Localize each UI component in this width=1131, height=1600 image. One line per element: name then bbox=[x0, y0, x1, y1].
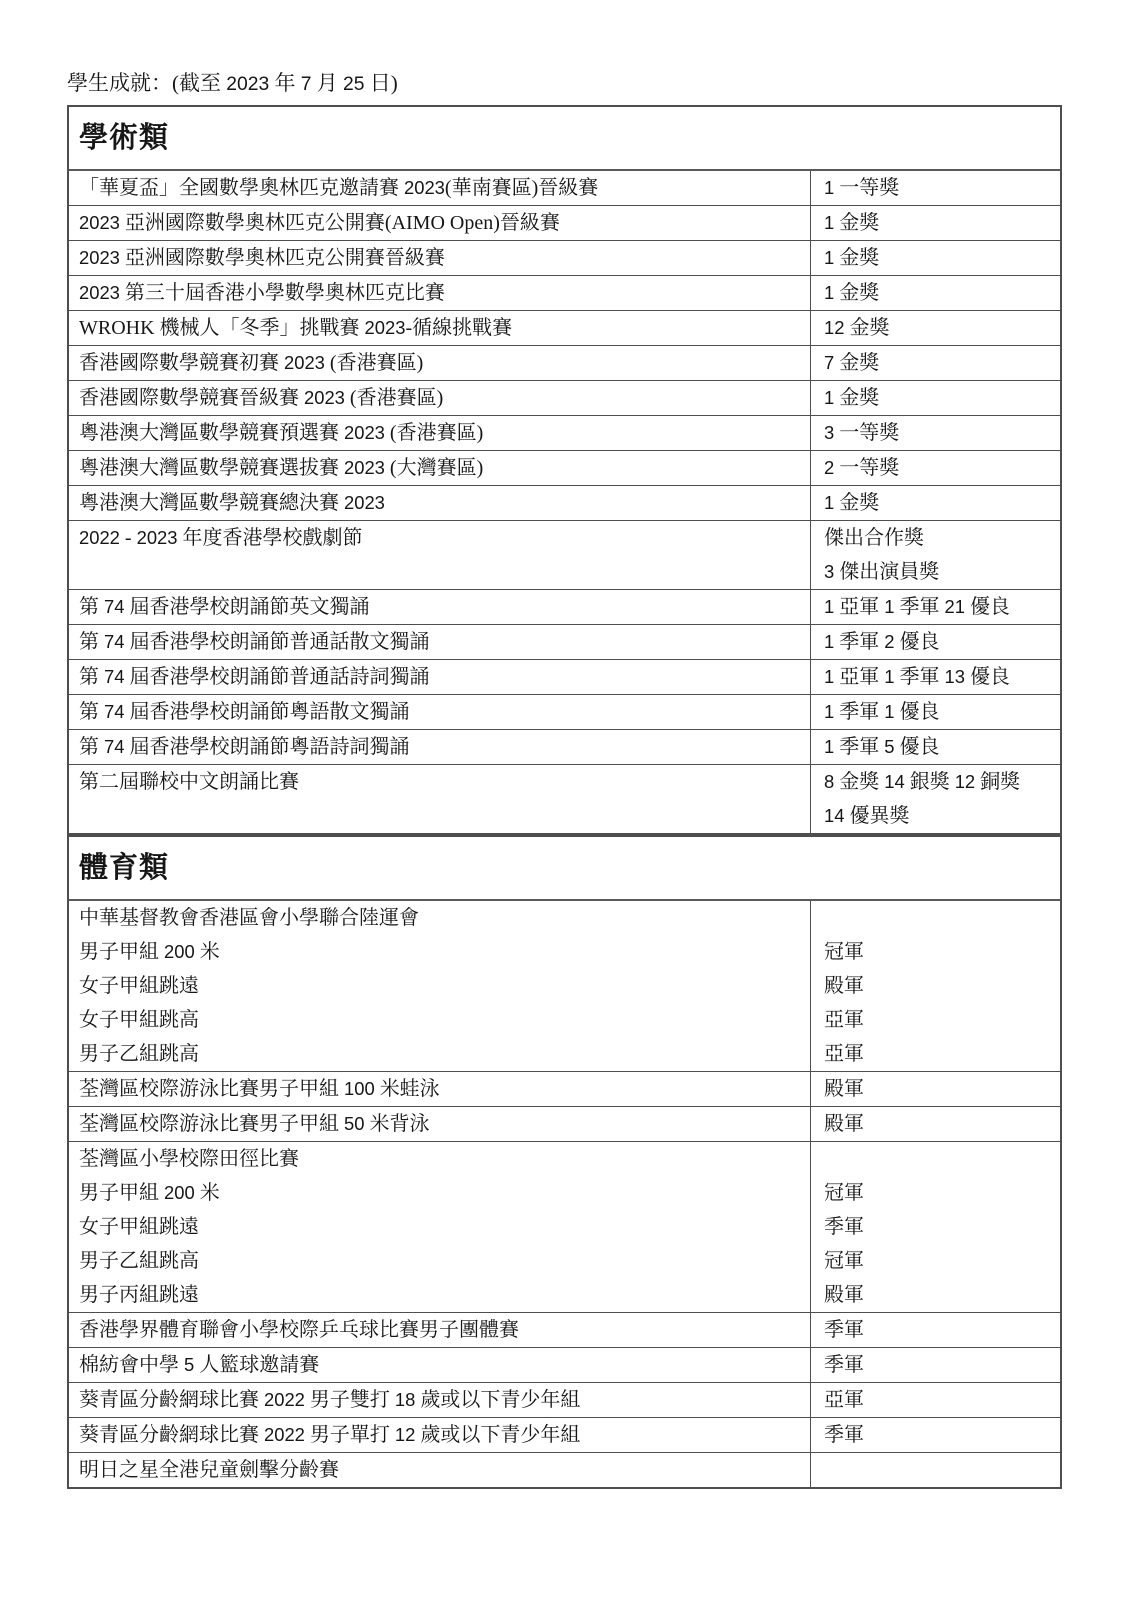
award-text: 1 季軍 2 優良 bbox=[824, 625, 1054, 659]
table-row: 中華基督教會香港區會小學聯合陸運會男子甲組 200 米女子甲組跳遠女子甲組跳高男… bbox=[69, 901, 1060, 1071]
award-cell: 季軍 bbox=[811, 1418, 1060, 1452]
section-rows: 「華夏盃」全國數學奧林匹克邀請賽 2023(華南賽區)晉級賽 1 一等獎 202… bbox=[69, 171, 1060, 833]
event-cell: 2023 第三十屆香港小學數學奧林匹克比賽 bbox=[69, 276, 811, 310]
event-text: 第 74 屆香港學校朗誦節普通話散文獨誦 bbox=[79, 625, 802, 659]
award-text: 1 金獎 bbox=[824, 276, 1054, 310]
event-cell: 2022 - 2023 年度香港學校戲劇節 bbox=[69, 521, 811, 589]
event-cell: 第 74 屆香港學校朗誦節普通話散文獨誦 bbox=[69, 625, 811, 659]
event-text: 男子甲組 200 米 bbox=[79, 935, 802, 969]
award-cell: 1 金獎 bbox=[811, 486, 1060, 520]
award-text bbox=[824, 901, 1054, 935]
table-row: 粵港澳大灣區數學競賽預選賽 2023 (香港賽區) 3 一等獎 bbox=[69, 415, 1060, 450]
event-text: 女子甲組跳高 bbox=[79, 1003, 802, 1037]
award-text: 傑出合作獎 bbox=[824, 521, 1054, 555]
section-rows: 中華基督教會香港區會小學聯合陸運會男子甲組 200 米女子甲組跳遠女子甲組跳高男… bbox=[69, 901, 1060, 1487]
award-cell: 1 季軍 2 優良 bbox=[811, 625, 1060, 659]
table-row: 2023 亞洲國際數學奧林匹克公開賽晉級賽 1 金獎 bbox=[69, 240, 1060, 275]
event-cell: 香港學界體育聯會小學校際乒乓球比賽男子團體賽 bbox=[69, 1313, 811, 1347]
event-text: WROHK 機械人「冬季」挑戰賽 2023-循線挑戰賽 bbox=[79, 311, 802, 345]
event-text: 第 74 屆香港學校朗誦節普通話詩詞獨誦 bbox=[79, 660, 802, 694]
table-row: 香港國際數學競賽初賽 2023 (香港賽區) 7 金獎 bbox=[69, 345, 1060, 380]
award-text: 1 亞軍 1 季軍 13 優良 bbox=[824, 660, 1054, 694]
award-text: 殿軍 bbox=[824, 969, 1054, 1003]
event-text: 女子甲組跳遠 bbox=[79, 969, 802, 1003]
award-cell: 冠軍殿軍亞軍亞軍 bbox=[811, 901, 1060, 1071]
table-row: 明日之星全港兒童劍擊分齡賽 bbox=[69, 1452, 1060, 1487]
event-text: 男子丙組跳遠 bbox=[79, 1278, 802, 1312]
event-text: 2022 - 2023 年度香港學校戲劇節 bbox=[79, 521, 802, 555]
award-text: 2 一等獎 bbox=[824, 451, 1054, 485]
award-cell bbox=[811, 1453, 1060, 1487]
event-cell: 荃灣區校際游泳比賽男子甲組 50 米背泳 bbox=[69, 1107, 811, 1141]
award-text: 1 亞軍 1 季軍 21 優良 bbox=[824, 590, 1054, 624]
event-text: 粵港澳大灣區數學競賽預選賽 2023 (香港賽區) bbox=[79, 416, 802, 450]
table-row: 2023 第三十屆香港小學數學奧林匹克比賽 1 金獎 bbox=[69, 275, 1060, 310]
table-row: 第 74 屆香港學校朗誦節普通話詩詞獨誦 1 亞軍 1 季軍 13 優良 bbox=[69, 659, 1060, 694]
award-text: 1 金獎 bbox=[824, 206, 1054, 240]
event-text: 香港學界體育聯會小學校際乒乓球比賽男子團體賽 bbox=[79, 1313, 802, 1347]
award-cell: 1 金獎 bbox=[811, 276, 1060, 310]
award-cell: 季軍 bbox=[811, 1313, 1060, 1347]
award-cell: 1 季軍 5 優良 bbox=[811, 730, 1060, 764]
event-text: 男子甲組 200 米 bbox=[79, 1176, 802, 1210]
award-cell: 1 金獎 bbox=[811, 241, 1060, 275]
section-heading: 學術類 bbox=[69, 107, 1060, 171]
event-text: 荃灣區校際游泳比賽男子甲組 100 米蛙泳 bbox=[79, 1072, 802, 1106]
table-row: 葵青區分齡網球比賽 2022 男子單打 12 歲或以下青少年組 季軍 bbox=[69, 1417, 1060, 1452]
event-text: 第二屆聯校中文朗誦比賽 bbox=[79, 765, 802, 799]
document-page: 學生成就：(截至 2023 年 7 月 25 日) 學術類 「華夏盃」全國數學奧… bbox=[67, 68, 1062, 1489]
event-text: 2023 亞洲國際數學奧林匹克公開賽(AIMO Open)晉級賽 bbox=[79, 206, 802, 240]
award-cell: 12 金獎 bbox=[811, 311, 1060, 345]
award-cell: 1 季軍 1 優良 bbox=[811, 695, 1060, 729]
event-text: 男子乙組跳高 bbox=[79, 1037, 802, 1071]
table-row: 2023 亞洲國際數學奧林匹克公開賽(AIMO Open)晉級賽 1 金獎 bbox=[69, 205, 1060, 240]
award-text: 亞軍 bbox=[824, 1037, 1054, 1071]
event-text bbox=[79, 799, 802, 833]
award-text bbox=[824, 1453, 1054, 1487]
table-row: 荃灣區校際游泳比賽男子甲組 100 米蛙泳 殿軍 bbox=[69, 1071, 1060, 1106]
table-row: 荃灣區小學校際田徑比賽男子甲組 200 米女子甲組跳遠男子乙組跳高男子丙組跳遠 … bbox=[69, 1141, 1060, 1312]
event-text: 荃灣區校際游泳比賽男子甲組 50 米背泳 bbox=[79, 1107, 802, 1141]
event-text: 2023 第三十屆香港小學數學奧林匹克比賽 bbox=[79, 276, 802, 310]
table-row: 「華夏盃」全國數學奧林匹克邀請賽 2023(華南賽區)晉級賽 1 一等獎 bbox=[69, 171, 1060, 205]
achievement-section: 體育類 中華基督教會香港區會小學聯合陸運會男子甲組 200 米女子甲組跳遠女子甲… bbox=[67, 835, 1062, 1489]
award-cell: 3 一等獎 bbox=[811, 416, 1060, 450]
award-text: 冠軍 bbox=[824, 1244, 1054, 1278]
award-text: 1 季軍 5 優良 bbox=[824, 730, 1054, 764]
event-cell: 荃灣區校際游泳比賽男子甲組 100 米蛙泳 bbox=[69, 1072, 811, 1106]
event-text: 2023 亞洲國際數學奧林匹克公開賽晉級賽 bbox=[79, 241, 802, 275]
event-cell: WROHK 機械人「冬季」挑戰賽 2023-循線挑戰賽 bbox=[69, 311, 811, 345]
section-heading: 體育類 bbox=[69, 837, 1060, 901]
award-text: 7 金獎 bbox=[824, 346, 1054, 380]
event-text: 女子甲組跳遠 bbox=[79, 1210, 802, 1244]
achievement-section: 學術類 「華夏盃」全國數學奧林匹克邀請賽 2023(華南賽區)晉級賽 1 一等獎… bbox=[67, 105, 1062, 835]
event-cell: 葵青區分齡網球比賽 2022 男子雙打 18 歲或以下青少年組 bbox=[69, 1383, 811, 1417]
award-cell: 2 一等獎 bbox=[811, 451, 1060, 485]
award-cell: 7 金獎 bbox=[811, 346, 1060, 380]
award-text bbox=[824, 1142, 1054, 1176]
award-text: 亞軍 bbox=[824, 1383, 1054, 1417]
award-text: 亞軍 bbox=[824, 1003, 1054, 1037]
award-text: 1 金獎 bbox=[824, 241, 1054, 275]
award-cell: 冠軍季軍冠軍殿軍 bbox=[811, 1142, 1060, 1312]
event-cell: 中華基督教會香港區會小學聯合陸運會男子甲組 200 米女子甲組跳遠女子甲組跳高男… bbox=[69, 901, 811, 1071]
page-title: 學生成就：(截至 2023 年 7 月 25 日) bbox=[67, 68, 1062, 100]
award-text: 1 季軍 1 優良 bbox=[824, 695, 1054, 729]
award-text: 季軍 bbox=[824, 1418, 1054, 1452]
table-row: 第 74 屆香港學校朗誦節普通話散文獨誦 1 季軍 2 優良 bbox=[69, 624, 1060, 659]
table-row: 荃灣區校際游泳比賽男子甲組 50 米背泳 殿軍 bbox=[69, 1106, 1060, 1141]
table-row: 第二屆聯校中文朗誦比賽 8 金獎 14 銀獎 12 銅獎14 優異獎 bbox=[69, 764, 1060, 833]
event-cell: 第 74 屆香港學校朗誦節粵語散文獨誦 bbox=[69, 695, 811, 729]
table-row: 棉紡會中學 5 人籃球邀請賽 季軍 bbox=[69, 1347, 1060, 1382]
event-cell: 明日之星全港兒童劍擊分齡賽 bbox=[69, 1453, 811, 1487]
event-cell: 粵港澳大灣區數學競賽預選賽 2023 (香港賽區) bbox=[69, 416, 811, 450]
event-cell: 香港國際數學競賽初賽 2023 (香港賽區) bbox=[69, 346, 811, 380]
award-text: 8 金獎 14 銀獎 12 銅獎 bbox=[824, 765, 1054, 799]
award-text: 殿軍 bbox=[824, 1072, 1054, 1106]
award-text: 12 金獎 bbox=[824, 311, 1054, 345]
event-cell: 第二屆聯校中文朗誦比賽 bbox=[69, 765, 811, 833]
award-cell: 1 亞軍 1 季軍 13 優良 bbox=[811, 660, 1060, 694]
award-text: 殿軍 bbox=[824, 1278, 1054, 1312]
award-text: 季軍 bbox=[824, 1313, 1054, 1347]
event-text: 第 74 屆香港學校朗誦節粵語散文獨誦 bbox=[79, 695, 802, 729]
award-cell: 亞軍 bbox=[811, 1383, 1060, 1417]
event-text: 葵青區分齡網球比賽 2022 男子單打 12 歲或以下青少年組 bbox=[79, 1418, 802, 1452]
event-cell: 荃灣區小學校際田徑比賽男子甲組 200 米女子甲組跳遠男子乙組跳高男子丙組跳遠 bbox=[69, 1142, 811, 1312]
award-cell: 傑出合作獎3 傑出演員獎 bbox=[811, 521, 1060, 589]
event-text: 「華夏盃」全國數學奧林匹克邀請賽 2023(華南賽區)晉級賽 bbox=[79, 171, 802, 205]
table-row: 香港國際數學競賽晉級賽 2023 (香港賽區) 1 金獎 bbox=[69, 380, 1060, 415]
award-text: 1 金獎 bbox=[824, 381, 1054, 415]
award-cell: 1 一等獎 bbox=[811, 171, 1060, 205]
event-cell: 香港國際數學競賽晉級賽 2023 (香港賽區) bbox=[69, 381, 811, 415]
event-cell: 2023 亞洲國際數學奧林匹克公開賽(AIMO Open)晉級賽 bbox=[69, 206, 811, 240]
event-cell: 第 74 屆香港學校朗誦節英文獨誦 bbox=[69, 590, 811, 624]
event-cell: 粵港澳大灣區數學競賽選拔賽 2023 (大灣賽區) bbox=[69, 451, 811, 485]
table-row: WROHK 機械人「冬季」挑戰賽 2023-循線挑戰賽 12 金獎 bbox=[69, 310, 1060, 345]
event-text: 中華基督教會香港區會小學聯合陸運會 bbox=[79, 901, 802, 935]
event-text: 粵港澳大灣區數學競賽選拔賽 2023 (大灣賽區) bbox=[79, 451, 802, 485]
event-text: 香港國際數學競賽初賽 2023 (香港賽區) bbox=[79, 346, 802, 380]
event-text: 香港國際數學競賽晉級賽 2023 (香港賽區) bbox=[79, 381, 802, 415]
event-cell: 2023 亞洲國際數學奧林匹克公開賽晉級賽 bbox=[69, 241, 811, 275]
table-row: 香港學界體育聯會小學校際乒乓球比賽男子團體賽 季軍 bbox=[69, 1312, 1060, 1347]
event-text bbox=[79, 555, 802, 589]
event-text: 男子乙組跳高 bbox=[79, 1244, 802, 1278]
table-row: 第 74 屆香港學校朗誦節英文獨誦 1 亞軍 1 季軍 21 優良 bbox=[69, 589, 1060, 624]
sections-container: 學術類 「華夏盃」全國數學奧林匹克邀請賽 2023(華南賽區)晉級賽 1 一等獎… bbox=[67, 105, 1062, 1489]
event-cell: 粵港澳大灣區數學競賽總決賽 2023 bbox=[69, 486, 811, 520]
award-cell: 1 金獎 bbox=[811, 381, 1060, 415]
event-text: 荃灣區小學校際田徑比賽 bbox=[79, 1142, 802, 1176]
award-text: 殿軍 bbox=[824, 1107, 1054, 1141]
table-row: 第 74 屆香港學校朗誦節粵語散文獨誦 1 季軍 1 優良 bbox=[69, 694, 1060, 729]
award-text: 14 優異獎 bbox=[824, 799, 1054, 833]
event-text: 棉紡會中學 5 人籃球邀請賽 bbox=[79, 1348, 802, 1382]
event-cell: 葵青區分齡網球比賽 2022 男子單打 12 歲或以下青少年組 bbox=[69, 1418, 811, 1452]
table-row: 粵港澳大灣區數學競賽總決賽 2023 1 金獎 bbox=[69, 485, 1060, 520]
event-text: 粵港澳大灣區數學競賽總決賽 2023 bbox=[79, 486, 802, 520]
award-cell: 季軍 bbox=[811, 1348, 1060, 1382]
award-cell: 殿軍 bbox=[811, 1072, 1060, 1106]
table-row: 2022 - 2023 年度香港學校戲劇節 傑出合作獎3 傑出演員獎 bbox=[69, 520, 1060, 589]
award-text: 季軍 bbox=[824, 1210, 1054, 1244]
award-cell: 1 金獎 bbox=[811, 206, 1060, 240]
award-text: 季軍 bbox=[824, 1348, 1054, 1382]
award-text: 冠軍 bbox=[824, 935, 1054, 969]
award-cell: 1 亞軍 1 季軍 21 優良 bbox=[811, 590, 1060, 624]
award-cell: 8 金獎 14 銀獎 12 銅獎14 優異獎 bbox=[811, 765, 1060, 833]
award-text: 1 一等獎 bbox=[824, 171, 1054, 205]
award-text: 3 一等獎 bbox=[824, 416, 1054, 450]
event-text: 明日之星全港兒童劍擊分齡賽 bbox=[79, 1453, 802, 1487]
event-text: 第 74 屆香港學校朗誦節英文獨誦 bbox=[79, 590, 802, 624]
award-text: 3 傑出演員獎 bbox=[824, 555, 1054, 589]
event-cell: 「華夏盃」全國數學奧林匹克邀請賽 2023(華南賽區)晉級賽 bbox=[69, 171, 811, 205]
award-text: 1 金獎 bbox=[824, 486, 1054, 520]
event-cell: 第 74 屆香港學校朗誦節普通話詩詞獨誦 bbox=[69, 660, 811, 694]
table-row: 第 74 屆香港學校朗誦節粵語詩詞獨誦 1 季軍 5 優良 bbox=[69, 729, 1060, 764]
event-text: 第 74 屆香港學校朗誦節粵語詩詞獨誦 bbox=[79, 730, 802, 764]
event-cell: 棉紡會中學 5 人籃球邀請賽 bbox=[69, 1348, 811, 1382]
table-row: 葵青區分齡網球比賽 2022 男子雙打 18 歲或以下青少年組 亞軍 bbox=[69, 1382, 1060, 1417]
award-cell: 殿軍 bbox=[811, 1107, 1060, 1141]
table-row: 粵港澳大灣區數學競賽選拔賽 2023 (大灣賽區) 2 一等獎 bbox=[69, 450, 1060, 485]
event-text: 葵青區分齡網球比賽 2022 男子雙打 18 歲或以下青少年組 bbox=[79, 1383, 802, 1417]
award-text: 冠軍 bbox=[824, 1176, 1054, 1210]
event-cell: 第 74 屆香港學校朗誦節粵語詩詞獨誦 bbox=[69, 730, 811, 764]
